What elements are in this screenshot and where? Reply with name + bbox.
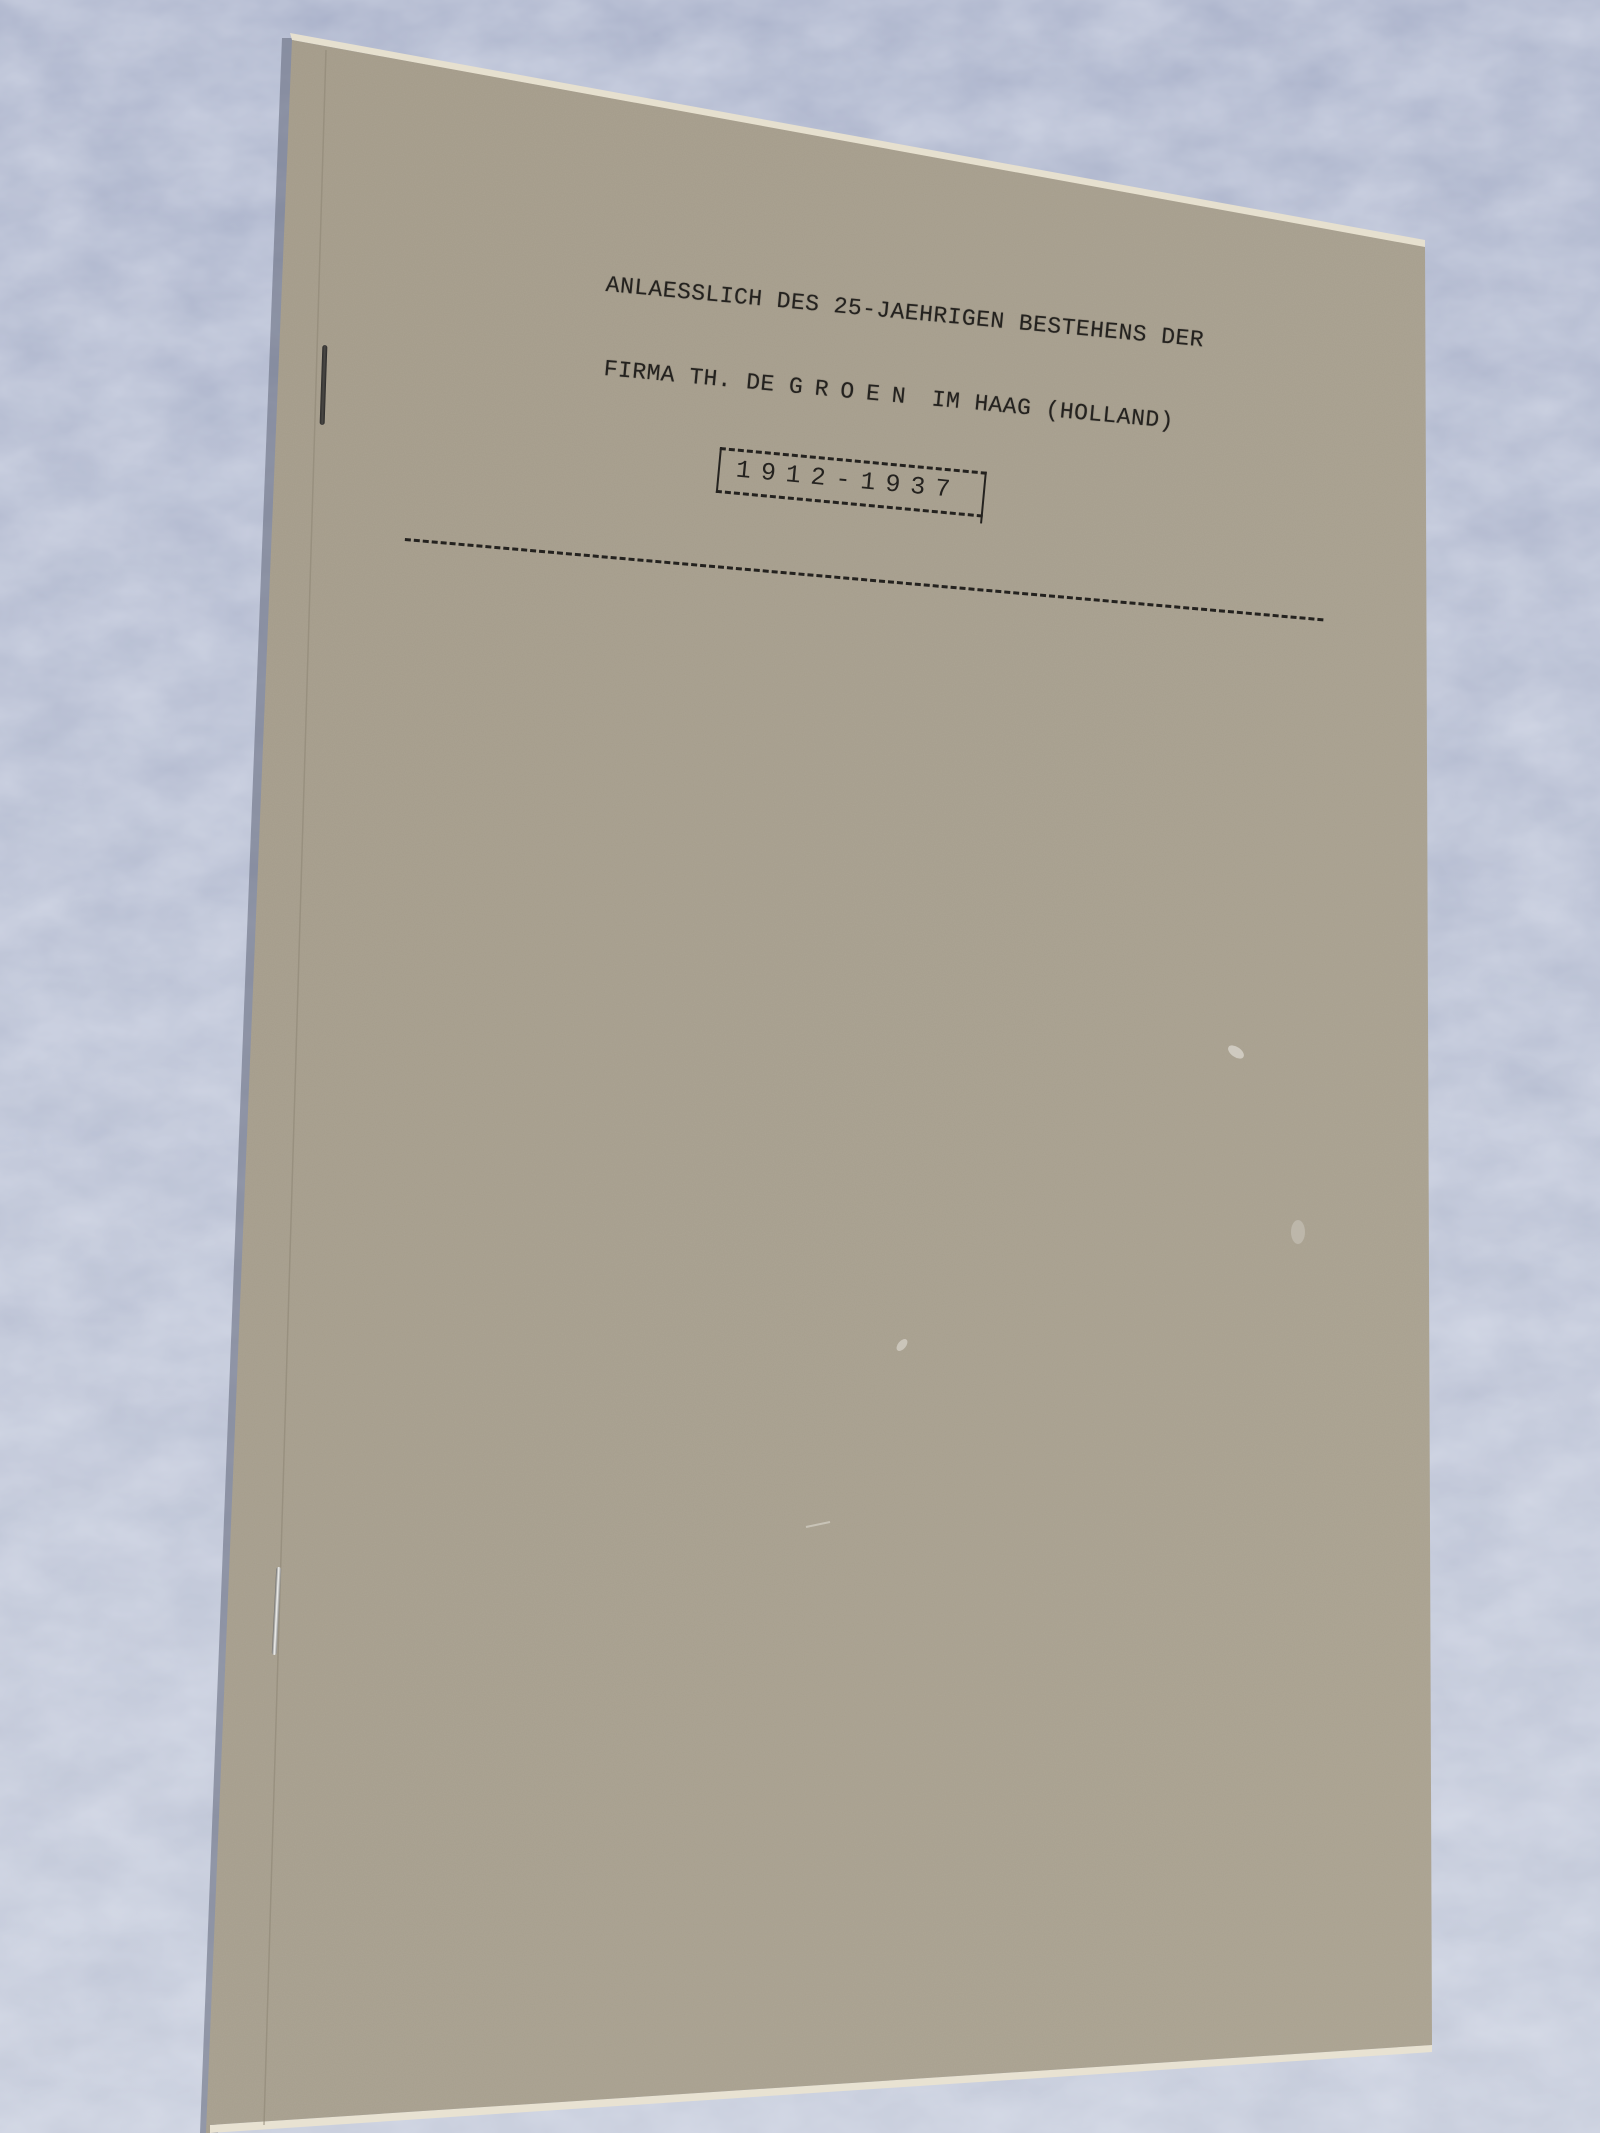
photo-scene: ANLAESSLICH DES 25-JAEHRIGEN BESTEHENS D… — [0, 0, 1600, 2133]
background-and-paper — [0, 0, 1600, 2133]
